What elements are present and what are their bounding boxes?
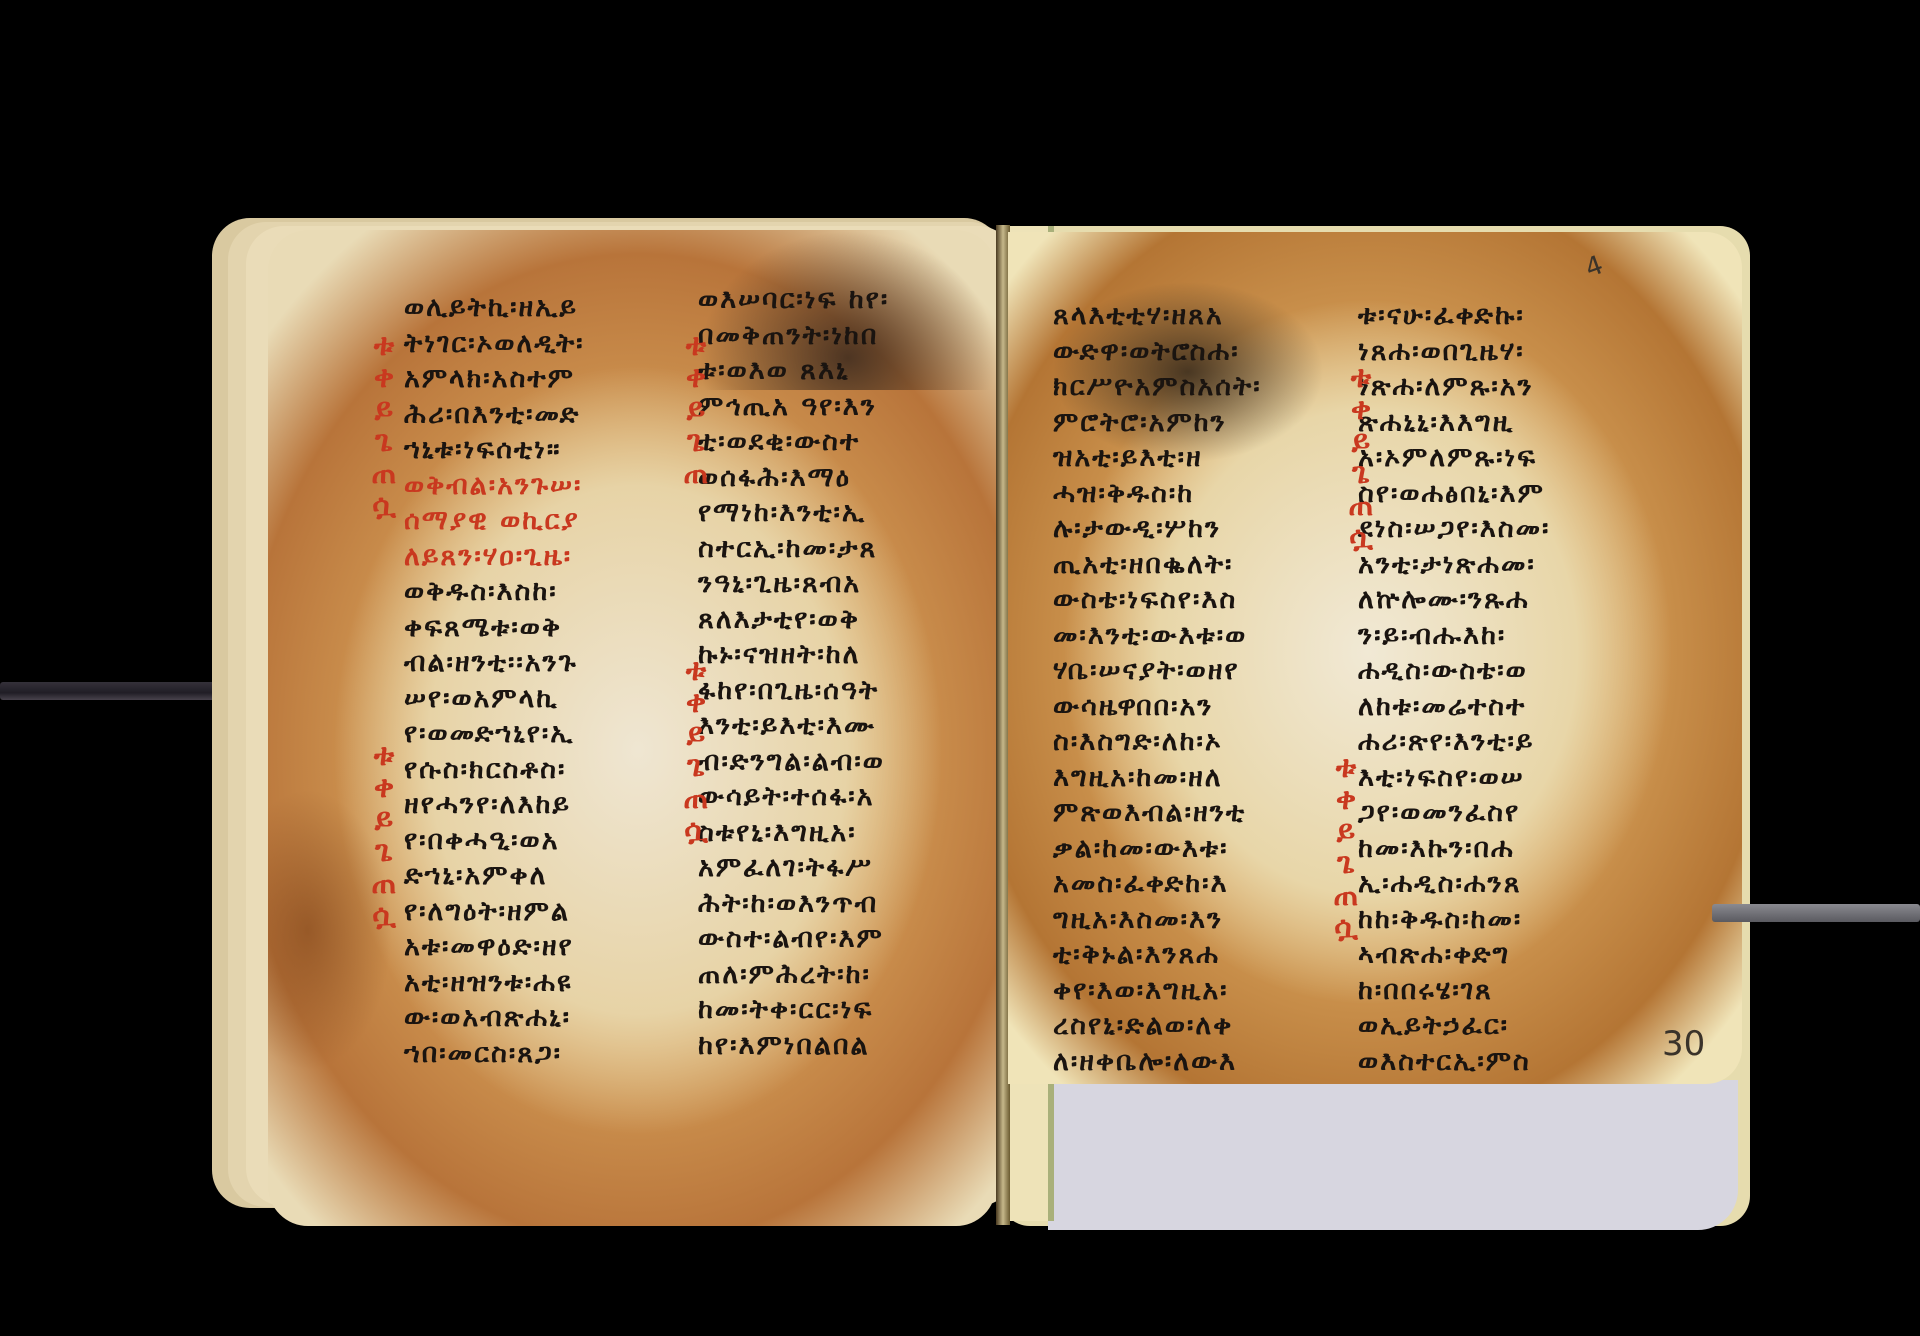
manuscript-line: አመስ፡ፈቀድከ፡እ [1053, 866, 1262, 902]
manuscript-line: አቲ፡ዘዝንቱ፡ሐዩ [404, 965, 585, 1001]
manuscript-line: ኣብጽሐ፡ቀድግ [1358, 937, 1550, 973]
manuscript-line: ምጽወእብል፡ዘንቲ [1053, 795, 1262, 831]
ornament-glyph: ጌ [366, 426, 402, 458]
manuscript-line: ውሳይት፡ተሰፋ፡አ [698, 779, 889, 815]
manuscript-line: ስተርኢ፡ከመ፡ታጸ [698, 531, 889, 567]
manuscript-line: ሓዝ፡ቅዱስ፡ከ [1053, 476, 1262, 512]
ornament-glyph: ሷ [366, 900, 402, 932]
manuscript-line: ጠለ፡ምሕረት፡ከ፡ [698, 957, 889, 993]
manuscript-line: ነጽሐ፡ለምጹ፡አን [1358, 369, 1550, 405]
ornament-glyph: ጠ [1328, 880, 1364, 912]
ornament-glyph: ሷ [1328, 912, 1364, 944]
ornament-glyph: ቀ [1343, 394, 1379, 426]
ornament-glyph: ይ [678, 394, 714, 426]
manuscript-line: ድኀኒ፡አምቀለ [404, 858, 585, 894]
manuscript-line: ቲ፡ቅኑል፡እንጸሐ [1053, 937, 1262, 973]
manuscript-line: ነጸሐ፡ወበጊዜሃ፡ [1358, 334, 1550, 370]
manuscript-line: አምላክ፡አስተም [404, 361, 585, 397]
ornament-glyph: ሷ [1343, 522, 1379, 554]
manuscript-line: ኀበ፡መርስ፡ጸጋ፡ [404, 1036, 585, 1072]
red-marginal-ornament: ቱቀይጌጠሷ [366, 740, 402, 932]
manuscript-line: ሃቤ፡ሠናያት፡ወዘየ [1053, 653, 1262, 689]
manuscript-line: ወሰፋሕ፡እማዕ [698, 460, 889, 496]
manuscript-line: ሉ፡ታውዲ፡ሦከን [1053, 511, 1262, 547]
ornament-glyph: ጠ [678, 783, 714, 815]
manuscript-line: ንዓኒ፡ጊዜ፡ጸብአ [698, 566, 889, 602]
manuscript-line: አ፡ኦምለምጹ፡ነፍ [1358, 440, 1550, 476]
text-column-2: ወእሠባር፡ነፍ ከየ፡በመቅጠንት፡ነከበቱ፡ወእወ ጸእኒምኅጢአ ዓየ፡እ… [698, 282, 889, 1063]
ornament-glyph: ጠ [366, 458, 402, 490]
manuscript-line: ጽሐኒኒ፡እእግዚ [1358, 405, 1550, 441]
manuscript-line: ወቅዱስ፡እስከ፡ [404, 574, 585, 610]
manuscript-line: ምሮትሮ፡አምከን [1053, 405, 1262, 441]
manuscript-line: ለከቱ፡መሬተስተ [1358, 689, 1550, 725]
manuscript-line: እንቲ፡ይእቲ፡እሙ [698, 708, 889, 744]
page-number: 30 [1662, 1024, 1705, 1064]
ornament-glyph: ጌ [678, 426, 714, 458]
ornament-glyph: ቀ [678, 362, 714, 394]
manuscript-line: መ፡እንቲ፡ውእቱ፡ወ [1053, 618, 1262, 654]
right-page: ጸላእቲቲሃ፡ዘጸአውድዋ፡ወትሮስሐ፡ክርሥዮአምስአሰት፡ምሮትሮ፡አምከን… [1008, 232, 1742, 1084]
manuscript-line: ኩኑ፡ናዝዘት፡ከለ [698, 637, 889, 673]
manuscript-line: ወሊይትኪ፡ዘኢይ [404, 290, 585, 326]
ornament-glyph: ሷ [678, 815, 714, 847]
manuscript-line: ቱ፡ወእወ ጸእኒ [698, 353, 889, 389]
manuscript-line: ኀኒቱ፡ነፍሰቲነ። [404, 432, 585, 468]
manuscript-line: ሕት፡ከ፡ወእንጥብ [698, 886, 889, 922]
manuscript-line: ቀየ፡እወ፡እግዚአ፡ [1053, 973, 1262, 1009]
left-page: ወሊይትኪ፡ዘኢይትነገር፡ኦወለዲት፡አምላክ፡አስተምሕሪ፡በእንቲ፡መድኀ… [268, 230, 996, 1226]
text-column-4: ቱ፡ናሁ፡ፈቀድኩ፡ነጸሐ፡ወበጊዜሃ፡ነጽሐ፡ለምጹ፡አንጽሐኒኒ፡እእግዚአ… [1358, 298, 1550, 1079]
manuscript-line: ሕሪ፡በእንቲ፡መድ [404, 397, 585, 433]
manuscript-line: ስቱየኒ፡እግዚአ፡ [698, 815, 889, 851]
manuscript-line: አቱ፡መዋዕድ፡ዘየ [404, 929, 585, 965]
ornament-glyph: ቀ [1328, 784, 1364, 816]
manuscript-line: ጢአቲ፡ዘበቈለት፡ [1053, 547, 1262, 583]
ornament-glyph: ጌ [1343, 458, 1379, 490]
manuscript-line: ከመ፡ትቀ፡ርር፡ነፍ [698, 992, 889, 1028]
red-marginal-ornament: ቱቀይጌጠ [678, 330, 714, 490]
manuscript-line: እቲ፡ነፍስየ፡ወሠ [1358, 760, 1550, 796]
manuscript-line: ከየ፡እምነበልበል [698, 1028, 889, 1064]
strap-right-bookmark [1712, 904, 1920, 922]
manuscript-line: ዝአቲ፡ይእቲ፡ዘ [1053, 440, 1262, 476]
manuscript-line: በመቅጠንት፡ነከበ [698, 318, 889, 354]
ornament-glyph: ይ [678, 719, 714, 751]
manuscript-line: የማነከ፡እንቲ፡ኢ [698, 495, 889, 531]
manuscript-line: ብል፡ዘንቲ፡፡አንጉ [404, 645, 585, 681]
manuscript-line: ጸለእታቲየ፡ወቅ [698, 602, 889, 638]
manuscript-line: ፋከየ፡በጊዜ፡ሰዓት [698, 673, 889, 709]
manuscript-line: ትነገር፡ኦወለዲት፡ [404, 326, 585, 362]
manuscript-line: ከመ፡እኩን፡በሐ [1358, 831, 1550, 867]
manuscript-line: ው፡ወአብጽሐኒ፡ [404, 1000, 585, 1036]
manuscript-line: ሐዲስ፡ውስቴ፡ወ [1358, 653, 1550, 689]
manuscript-line: ረስየኒ፡ድልወ፡ለቀ [1053, 1008, 1262, 1044]
text-column-3: ጸላእቲቲሃ፡ዘጸአውድዋ፡ወትሮስሐ፡ክርሥዮአምስአሰት፡ምሮትሮ፡አምከን… [1053, 298, 1262, 1079]
manuscript-line: ከ፡በበሩሄ፡ገጸ [1358, 973, 1550, 1009]
red-marginal-ornament: ቱቀይጌጠሷ [366, 330, 402, 522]
ornament-glyph: ቀ [366, 772, 402, 804]
ornament-glyph: ቀ [678, 687, 714, 719]
manuscript-line: ዘየሓንየ፡ለእከይ [404, 787, 585, 823]
ornament-glyph: ቱ [678, 330, 714, 362]
manuscript-line: የ፡ለግዕት፡ዘምል [404, 894, 585, 930]
manuscript-line: ሠየ፡ወአምላኪ [404, 681, 585, 717]
ornament-glyph: ጠ [678, 458, 714, 490]
manuscript-line: የ፡በቀሓዒ፡ወአ [404, 823, 585, 859]
ornament-glyph: ጠ [1343, 490, 1379, 522]
manuscript-line: ሰማያዊ ወኪርያ [404, 503, 585, 539]
manuscript-line: ግዚአ፡እስመ፡እን [1053, 902, 1262, 938]
manuscript-line: ሐሪ፡ጽየ፡እንቲ፡ይ [1358, 724, 1550, 760]
ornament-glyph: ጠ [366, 868, 402, 900]
ornament-glyph: ጌ [366, 836, 402, 868]
ornament-glyph: ቀ [366, 362, 402, 394]
manuscript-line: ቲ፡ወደቂ፡ውስተ [698, 424, 889, 460]
manuscript-line: ወእሠባር፡ነፍ ከየ፡ [698, 282, 889, 318]
manuscript-line: ምኅጢአ ዓየ፡እን [698, 389, 889, 425]
manuscript-line: ስ፡እስግድ፡ለከ፡ኦ [1053, 724, 1262, 760]
manuscript-line: ጸላእቲቲሃ፡ዘጸአ [1053, 298, 1262, 334]
manuscript-line: ን፡ይ፡ብሑእከ፡ [1358, 618, 1550, 654]
ornament-glyph: ቱ [1343, 362, 1379, 394]
manuscript-line: ወእስተርኢ፡ምስ [1358, 1044, 1550, 1080]
manuscript-line: ውሳዜዋበበ፡አን [1053, 689, 1262, 725]
manuscript-line: ስየ፡ወሐፅበኒ፡እም [1358, 476, 1550, 512]
ornament-glyph: ይ [1328, 816, 1364, 848]
manuscript-line: የሱስ፡ክርስቶስ፡ [404, 752, 585, 788]
manuscript-line: ለኵሎሙ፡ንጹሐ [1358, 582, 1550, 618]
manuscript-line: ለይጸን፡ሃዐ፡ጊዜ፡ [404, 539, 585, 575]
manuscript-line: ብ፡ድንግል፡ልብ፡ወ [698, 744, 889, 780]
manuscript-line: ጋየ፡ወመንፈስየ [1358, 795, 1550, 831]
manuscript-line: ኢ፡ሐዲስ፡ሐንጸ [1358, 866, 1550, 902]
ornament-glyph: ሷ [366, 490, 402, 522]
manuscript-line: አንቲ፡ታነጽሐመ፡ [1358, 547, 1550, 583]
ornament-glyph: ጌ [678, 751, 714, 783]
manuscript-line: ለ፡ዘቀቤሎ፡ለውእ [1053, 1044, 1262, 1080]
right-lower-paper-sheet [1048, 1080, 1738, 1230]
ornament-glyph: ጌ [1328, 848, 1364, 880]
ornament-glyph: ቱ [366, 740, 402, 772]
manuscript-line: ቃል፡ከመ፡ውእቱ፡ [1053, 831, 1262, 867]
ornament-glyph: ቱ [678, 655, 714, 687]
red-marginal-ornament: ቱቀይጌጠሷ [1328, 752, 1364, 944]
manuscript-line: ውስቴ፡ነፍስየ፡እስ [1053, 582, 1262, 618]
manuscript-line: አምፈለገ፡ትፋሥ [698, 850, 889, 886]
manuscript-line: ውስተ፡ልብየ፡እም [698, 921, 889, 957]
ornament-glyph: ይ [1343, 426, 1379, 458]
ornament-glyph: ይ [366, 394, 402, 426]
manuscript-line: የ፡ወመድኀኒየ፡ኢ [404, 716, 585, 752]
manuscript-line: ቱ፡ናሁ፡ፈቀድኩ፡ [1358, 298, 1550, 334]
ornament-glyph: ቱ [366, 330, 402, 362]
manuscript-line: ወኢይትኃፈር፡ [1358, 1008, 1550, 1044]
manuscript-line: እግዚአ፡ከመ፡ዘለ [1053, 760, 1262, 796]
ornament-glyph: ይ [366, 804, 402, 836]
manuscript-line: ከከ፡ቅዱስ፡ከመ፡ [1358, 902, 1550, 938]
ornament-glyph: ቱ [1328, 752, 1364, 784]
manuscript-line: ክርሥዮአምስአሰት፡ [1053, 369, 1262, 405]
manuscript-line: ወቅብል፡አንጉሠ፡ [404, 468, 585, 504]
manuscript-line: ቀፍጸሜቱ፡ወቅ [404, 610, 585, 646]
red-marginal-ornament: ቱቀይጌጠሷ [1343, 362, 1379, 554]
red-marginal-ornament: ቱቀይጌጠሷ [678, 655, 714, 847]
manuscript-line: ውድዋ፡ወትሮስሐ፡ [1053, 334, 1262, 370]
text-column-1: ወሊይትኪ፡ዘኢይትነገር፡ኦወለዲት፡አምላክ፡አስተምሕሪ፡በእንቲ፡መድኀ… [404, 290, 585, 1071]
manuscript-line: ደነስ፡ሠጋየ፡እስመ፡ [1358, 511, 1550, 547]
